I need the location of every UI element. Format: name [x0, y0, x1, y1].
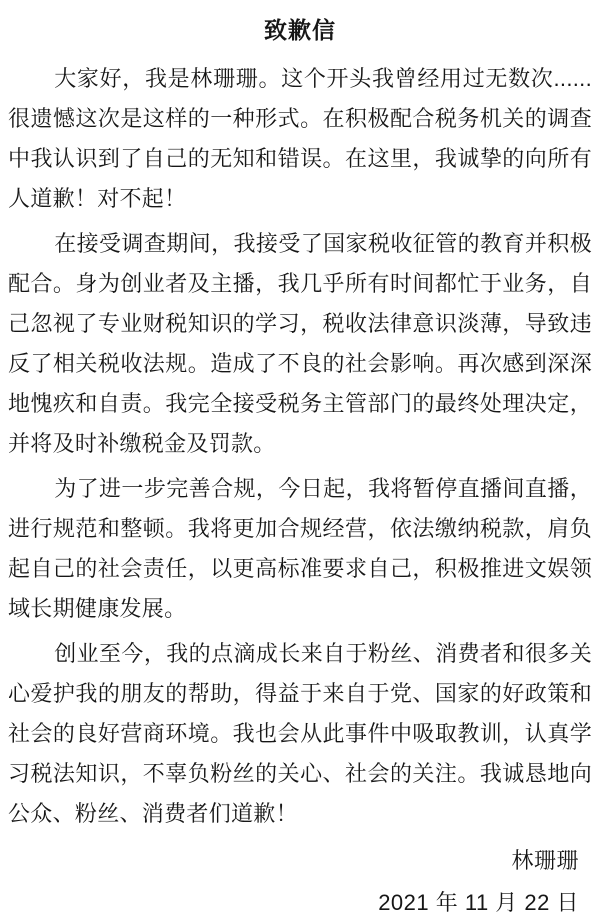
letter-signature: 林珊珊: [8, 841, 579, 881]
letter-paragraph-4: 创业至今，我的点滴成长来自于粉丝、消费者和很多关心爱护我的朋友的帮助，得益于来自…: [8, 634, 592, 834]
signature-block: 林珊珊 2021 年 11 月 22 日: [8, 841, 592, 920]
letter-paragraph-2: 在接受调查期间，我接受了国家税收征管的教育并积极配合。身为创业者及主播，我几乎所…: [8, 224, 592, 464]
letter-date: 2021 年 11 月 22 日: [8, 881, 579, 920]
letter-paragraph-1: 大家好，我是林珊珊。这个开头我曾经用过无数次......很遗憾这次是这样的一种形…: [8, 59, 592, 219]
letter-paragraph-3: 为了进一步完善合规，今日起，我将暂停直播间直播，进行规范和整顿。我将更加合规经营…: [8, 469, 592, 629]
letter-title: 致歉信: [8, 10, 592, 50]
apology-letter-page: 致歉信 大家好，我是林珊珊。这个开头我曾经用过无数次......很遗憾这次是这样…: [0, 0, 600, 920]
